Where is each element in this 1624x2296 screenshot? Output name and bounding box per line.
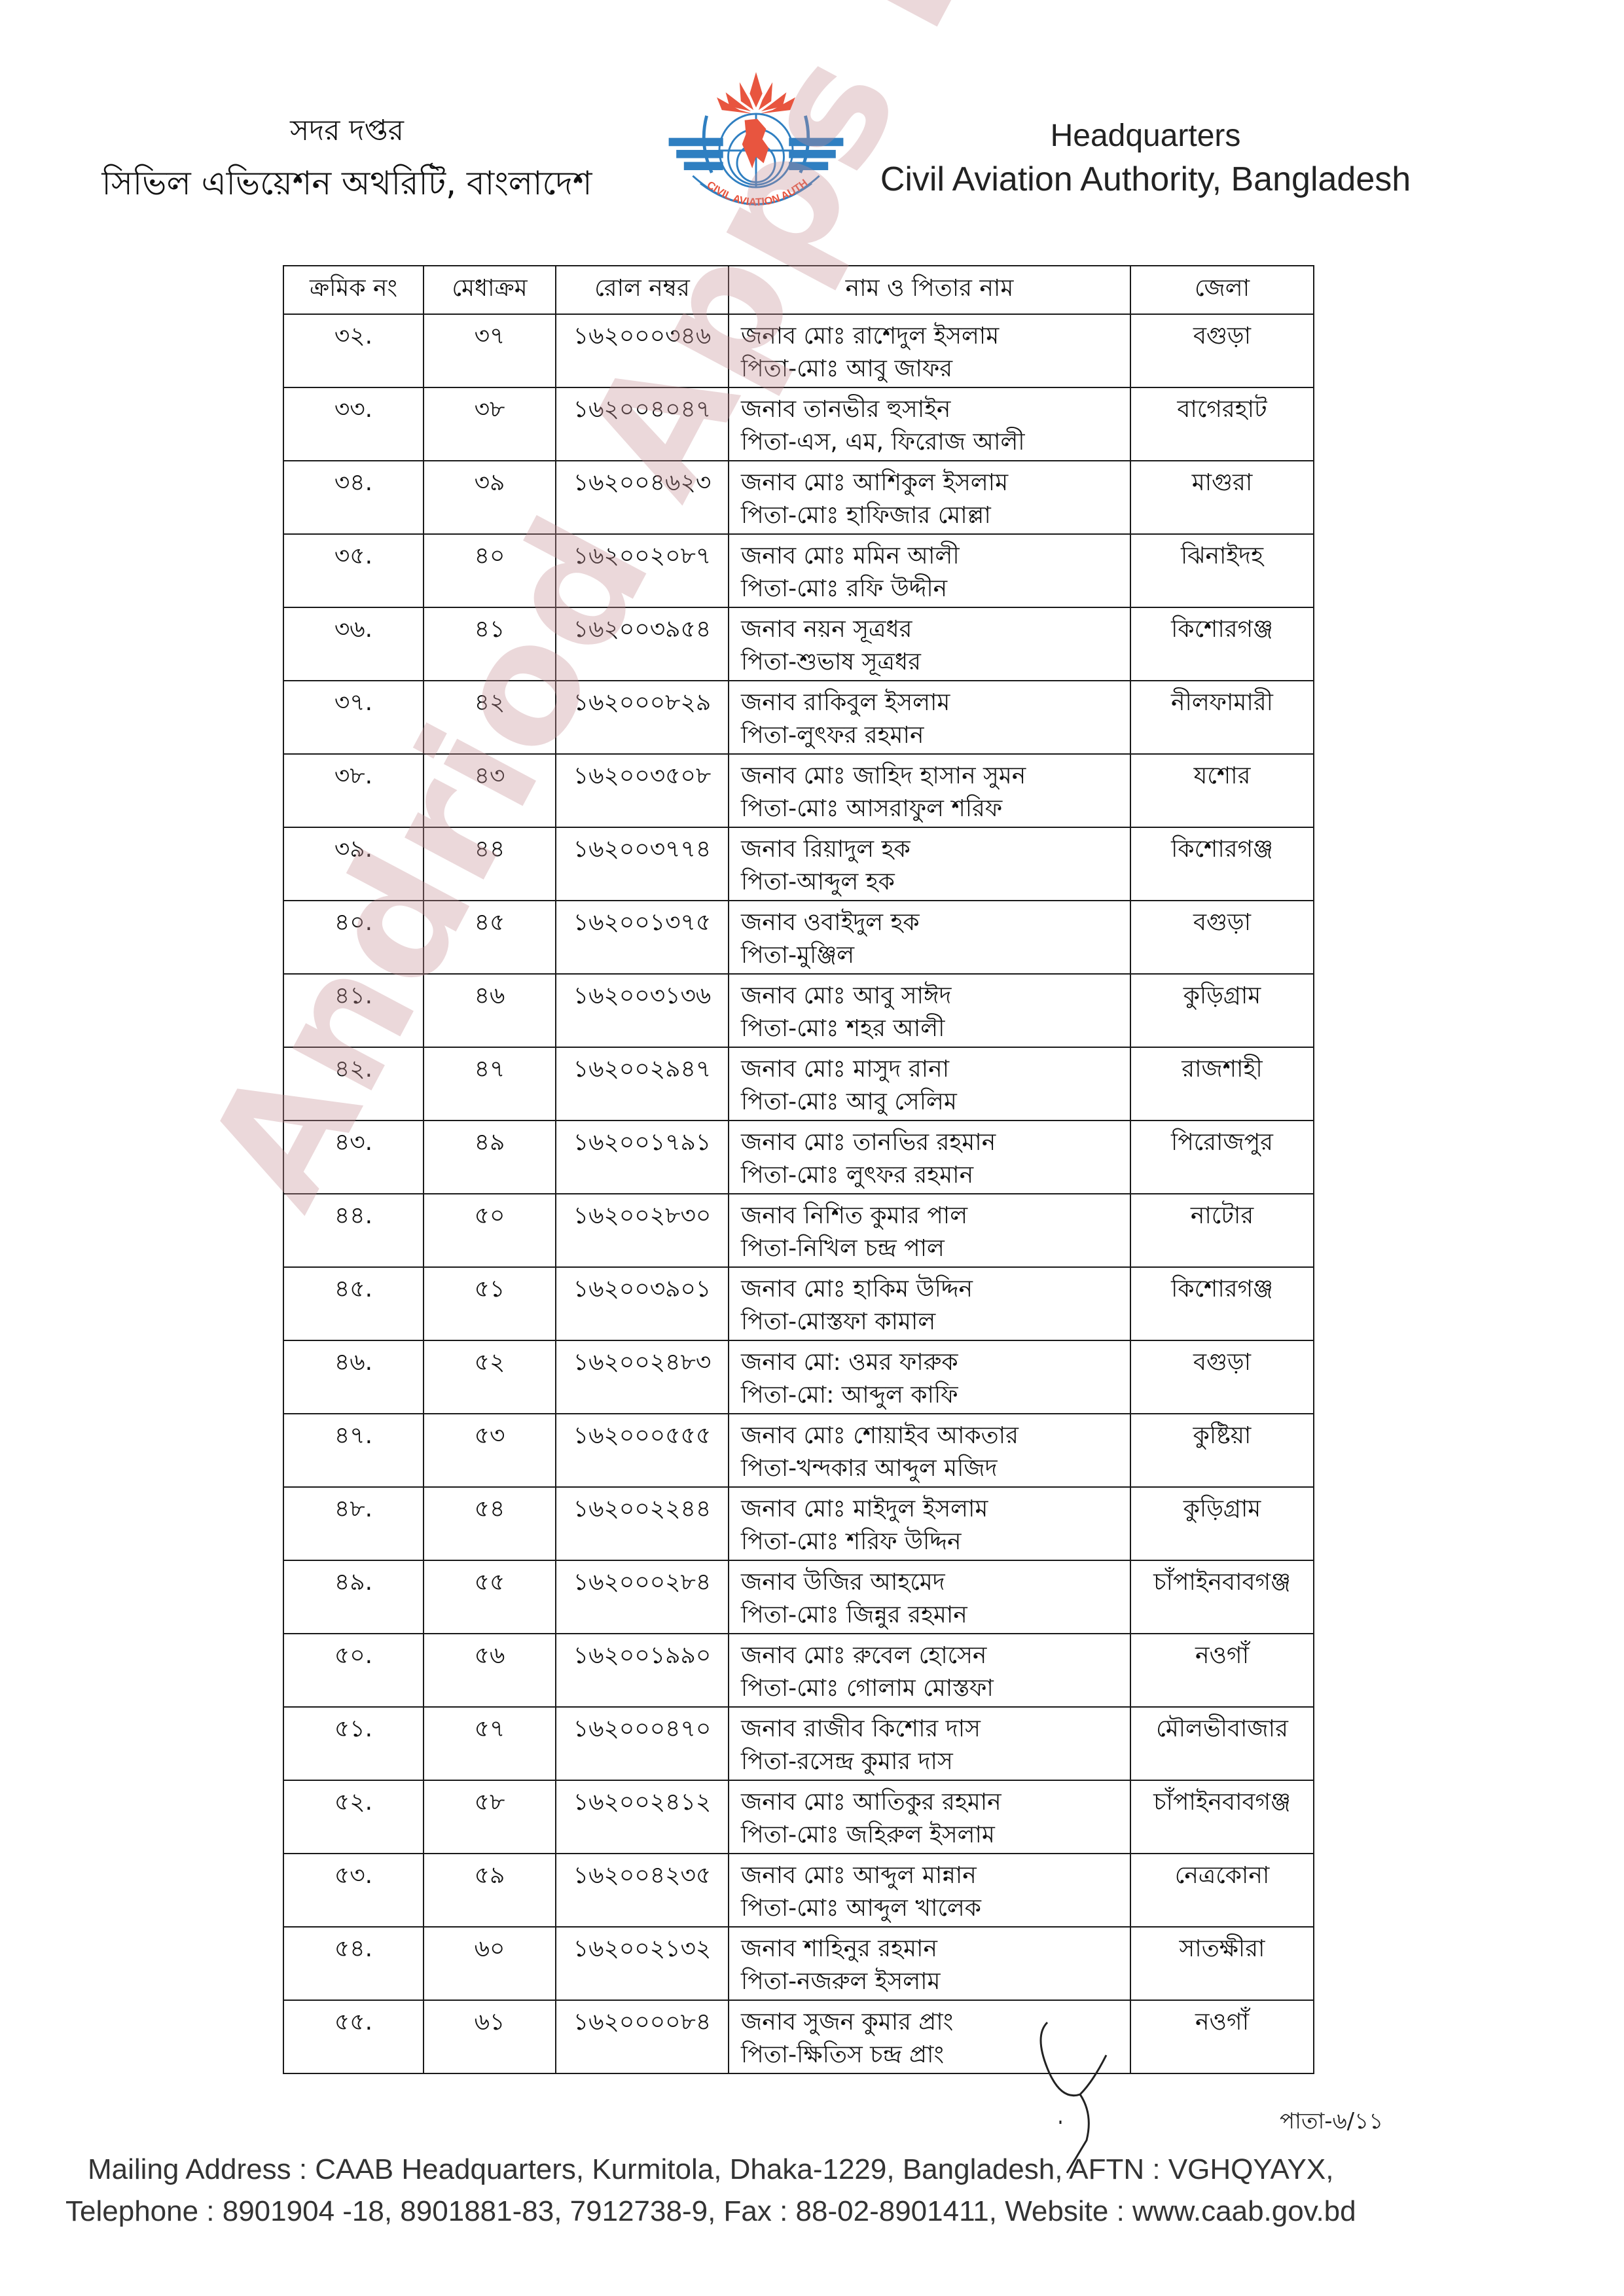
father-name: পিতা-মোঃ জিন্নুর রহমান	[741, 1599, 1130, 1632]
column-header-name: নাম ও পিতার নাম	[729, 266, 1130, 314]
cell-district: নীলফামারী	[1130, 681, 1314, 754]
office-name-bangla: সদর দপ্তর	[72, 111, 622, 151]
letterhead-bangla: সদর দপ্তর সিভিল এভিয়েশন অথরিটি, বাংলাদে…	[72, 111, 622, 207]
cell-serial: ৫০.	[283, 1634, 424, 1707]
candidate-name: জনাব তানভীর হুসাইন	[741, 393, 1130, 426]
cell-roll: ১৬২০০৩৯৫৪	[556, 607, 729, 681]
cell-roll: ১৬২০০৪২৩৫	[556, 1854, 729, 1927]
cell-roll: ১৬২০০১৭৯১	[556, 1121, 729, 1194]
cell-serial: ৪৫.	[283, 1267, 424, 1340]
cell-serial: ৩৭.	[283, 681, 424, 754]
table-row: ৩৪.৩৯১৬২০০৪৬২৩জনাব মোঃ আশিকুল ইসলামপিতা-…	[283, 461, 1314, 534]
candidate-name: জনাব মোঃ আবু সাঈদ	[741, 980, 1130, 1013]
father-name: পিতা-এস, এম, ফিরোজ আলী	[741, 426, 1130, 459]
father-name: পিতা-আব্দুল হক	[741, 866, 1130, 899]
table-row: ৪৬.৫২১৬২০০২৪৮৩জনাব মো: ওমর ফারুকপিতা-মো:…	[283, 1340, 1314, 1414]
father-name: পিতা-মোঃ শরিফ উদ্দিন	[741, 1526, 1130, 1558]
column-header-roll: রোল নম্বর	[556, 266, 729, 314]
cell-name: জনাব নয়ন সূত্রধরপিতা-শুভাষ সূত্রধর	[729, 607, 1130, 681]
cell-name: জনাব মোঃ তানভির রহমানপিতা-মোঃ লুৎফর রহমা…	[729, 1121, 1130, 1194]
table-row: ৫৩.৫৯১৬২০০৪২৩৫জনাব মোঃ আব্দুল মান্নানপিত…	[283, 1854, 1314, 1927]
table-row: ৪৪.৫০১৬২০০২৮৩০জনাব নিশিত কুমার পালপিতা-ন…	[283, 1194, 1314, 1267]
cell-name: জনাব নিশিত কুমার পালপিতা-নিখিল চন্দ্র পা…	[729, 1194, 1130, 1267]
cell-district: বগুড়া	[1130, 901, 1314, 974]
cell-district: বাগেরহাট	[1130, 387, 1314, 461]
cell-district: বগুড়া	[1130, 314, 1314, 387]
father-name: পিতা-লুৎফর রহমান	[741, 719, 1130, 752]
table-row: ৩৮.৪৩১৬২০০৩৫০৮জনাব মোঃ জাহিদ হাসান সুমনপ…	[283, 754, 1314, 827]
cell-merit: ৪০	[424, 534, 556, 607]
column-header-district: জেলা	[1130, 266, 1314, 314]
candidate-name: জনাব ওবাইদুল হক	[741, 906, 1130, 939]
cell-name: জনাব রাজীব কিশোর দাসপিতা-রসেন্দ্র কুমার …	[729, 1707, 1130, 1780]
cell-roll: ১৬২০০০২৮৪	[556, 1560, 729, 1634]
cell-roll: ১৬২০০০৩৪৬	[556, 314, 729, 387]
cell-name: জনাব তানভীর হুসাইনপিতা-এস, এম, ফিরোজ আলী	[729, 387, 1130, 461]
cell-serial: ৪০.	[283, 901, 424, 974]
cell-name: জনাব রিয়াদুল হকপিতা-আব্দুল হক	[729, 827, 1130, 901]
candidate-name: জনাব মোঃ আব্দুল মান্নান	[741, 1859, 1130, 1892]
candidate-name: জনাব মোঃ হাকিম উদ্দিন	[741, 1273, 1130, 1306]
cell-serial: ৩২.	[283, 314, 424, 387]
father-name: পিতা-মোঃ লুৎফর রহমান	[741, 1159, 1130, 1192]
authority-name-bangla: সিভিল এভিয়েশন অথরিটি, বাংলাদেশ	[72, 160, 622, 207]
table-row: ৩৭.৪২১৬২০০০৮২৯জনাব রাকিবুল ইসলামপিতা-লুৎ…	[283, 681, 1314, 754]
candidate-name: জনাব মো: ওমর ফারুক	[741, 1346, 1130, 1379]
father-name: পিতা-খন্দকার আব্দুল মজিদ	[741, 1452, 1130, 1485]
cell-serial: ৩৯.	[283, 827, 424, 901]
table-row: ৩৯.৪৪১৬২০০৩৭৭৪জনাব রিয়াদুল হকপিতা-আব্দু…	[283, 827, 1314, 901]
cell-name: জনাব মোঃ আব্দুল মান্নানপিতা-মোঃ আব্দুল খ…	[729, 1854, 1130, 1927]
cell-merit: ৫২	[424, 1340, 556, 1414]
table-row: ৩২.৩৭১৬২০০০৩৪৬জনাব মোঃ রাশেদুল ইসলামপিতা…	[283, 314, 1314, 387]
cell-serial: ৪৮.	[283, 1487, 424, 1560]
cell-merit: ৩৭	[424, 314, 556, 387]
candidate-name: জনাব মোঃ তানভির রহমান	[741, 1126, 1130, 1159]
candidate-name: জনাব নয়ন সূত্রধর	[741, 613, 1130, 646]
cell-district: কুষ্টিয়া	[1130, 1414, 1314, 1487]
cell-merit: ৩৯	[424, 461, 556, 534]
column-header-merit: মেধাক্রম	[424, 266, 556, 314]
table-row: ৪১.৪৬১৬২০০৩১৩৬জনাব মোঃ আবু সাঈদপিতা-মোঃ …	[283, 974, 1314, 1047]
cell-roll: ১৬২০০৩৯০১	[556, 1267, 729, 1340]
cell-serial: ৪২.	[283, 1047, 424, 1121]
cell-roll: ১৬২০০০০৮৪	[556, 2000, 729, 2073]
cell-district: কিশোরগঞ্জ	[1130, 607, 1314, 681]
father-name: পিতা-নজরুল ইসলাম	[741, 1965, 1130, 1998]
table-row: ৪৫.৫১১৬২০০৩৯০১জনাব মোঃ হাকিম উদ্দিনপিতা-…	[283, 1267, 1314, 1340]
candidate-name: জনাব রিয়াদুল হক	[741, 833, 1130, 866]
candidate-name: জনাব মোঃ আতিকুর রহমান	[741, 1786, 1130, 1819]
table-row: ৫০.৫৬১৬২০০১৯৯০জনাব মোঃ রুবেল হোসেনপিতা-ম…	[283, 1634, 1314, 1707]
cell-district: নওগাঁ	[1130, 2000, 1314, 2073]
cell-serial: ৩৮.	[283, 754, 424, 827]
father-name: পিতা-মোঃ রফি উদ্দীন	[741, 573, 1130, 605]
table-row: ৩৩.৩৮১৬২০০৪০৪৭জনাব তানভীর হুসাইনপিতা-এস,…	[283, 387, 1314, 461]
cell-name: জনাব উজির আহমেদপিতা-মোঃ জিন্নুর রহমান	[729, 1560, 1130, 1634]
cell-serial: ৫৩.	[283, 1854, 424, 1927]
father-name: পিতা-মোঃ গোলাম মোস্তফা	[741, 1672, 1130, 1705]
cell-name: জনাব মোঃ মাইদুল ইসলামপিতা-মোঃ শরিফ উদ্দি…	[729, 1487, 1130, 1560]
cell-district: নাটোর	[1130, 1194, 1314, 1267]
candidate-name: জনাব মোঃ শোয়াইব আকতার	[741, 1420, 1130, 1452]
column-header-serial: ক্রমিক নং	[283, 266, 424, 314]
cell-roll: ১৬২০০৩৭৭৪	[556, 827, 729, 901]
cell-name: জনাব মোঃ রাশেদুল ইসলামপিতা-মোঃ আবু জাফর	[729, 314, 1130, 387]
cell-district: কুড়িগ্রাম	[1130, 1487, 1314, 1560]
candidate-name: জনাব মোঃ রুবেল হোসেন	[741, 1640, 1130, 1672]
cell-merit: ৫১	[424, 1267, 556, 1340]
cell-name: জনাব মোঃ আশিকুল ইসলামপিতা-মোঃ হাফিজার মো…	[729, 461, 1130, 534]
cell-merit: ৪৫	[424, 901, 556, 974]
cell-roll: ১৬২০০২৪১২	[556, 1780, 729, 1854]
cell-roll: ১৬২০০২০৮৭	[556, 534, 729, 607]
cell-district: চাঁপাইনবাবগঞ্জ	[1130, 1560, 1314, 1634]
cell-serial: ৪৪.	[283, 1194, 424, 1267]
table-row: ৪৩.৪৯১৬২০০১৭৯১জনাব মোঃ তানভির রহমানপিতা-…	[283, 1121, 1314, 1194]
candidate-name: জনাব নিশিত কুমার পাল	[741, 1200, 1130, 1232]
cell-name: জনাব শাহিনুর রহমানপিতা-নজরুল ইসলাম	[729, 1927, 1130, 2000]
office-name-english: Headquarters	[864, 117, 1427, 156]
father-name: পিতা-মোঃ জহিরুল ইসলাম	[741, 1819, 1130, 1852]
cell-name: জনাব ওবাইদুল হকপিতা-মুঞ্জিল	[729, 901, 1130, 974]
table-row: ৫৫.৬১১৬২০০০০৮৪জনাব সুজন কুমার প্রাংপিতা-…	[283, 2000, 1314, 2073]
cell-serial: ৩৩.	[283, 387, 424, 461]
cell-merit: ৩৮	[424, 387, 556, 461]
cell-district: সাতক্ষীরা	[1130, 1927, 1314, 2000]
cell-merit: ৫৮	[424, 1780, 556, 1854]
cell-roll: ১৬২০০২৮৩০	[556, 1194, 729, 1267]
cell-merit: ৫৪	[424, 1487, 556, 1560]
cell-name: জনাব মোঃ মমিন আলীপিতা-মোঃ রফি উদ্দীন	[729, 534, 1130, 607]
cell-merit: ৫০	[424, 1194, 556, 1267]
cell-serial: ৩৫.	[283, 534, 424, 607]
cell-district: চাঁপাইনবাবগঞ্জ	[1130, 1780, 1314, 1854]
letterhead: সদর দপ্তর সিভিল এভিয়েশন অথরিটি, বাংলাদে…	[0, 0, 1624, 249]
candidate-name: জনাব মোঃ রাশেদুল ইসলাম	[741, 320, 1130, 353]
cell-roll: ১৬২০০০৪৭০	[556, 1707, 729, 1780]
cell-merit: ৫৩	[424, 1414, 556, 1487]
table-row: ৫৪.৬০১৬২০০২১৩২জনাব শাহিনুর রহমানপিতা-নজর…	[283, 1927, 1314, 2000]
cell-serial: ৪৩.	[283, 1121, 424, 1194]
candidate-name: জনাব শাহিনুর রহমান	[741, 1933, 1130, 1965]
cell-merit: ৫৭	[424, 1707, 556, 1780]
authority-name-english: Civil Aviation Authority, Bangladesh	[864, 158, 1427, 200]
father-name: পিতা-শুভাষ সূত্রধর	[741, 646, 1130, 679]
table-row: ৫২.৫৮১৬২০০২৪১২জনাব মোঃ আতিকুর রহমানপিতা-…	[283, 1780, 1314, 1854]
cell-serial: ৪৯.	[283, 1560, 424, 1634]
candidate-name: জনাব মোঃ আশিকুল ইসলাম	[741, 467, 1130, 499]
cell-merit: ৪৪	[424, 827, 556, 901]
cell-district: মাগুরা	[1130, 461, 1314, 534]
cell-merit: ৪৯	[424, 1121, 556, 1194]
cell-name: জনাব মোঃ জাহিদ হাসান সুমনপিতা-মোঃ আসরাফু…	[729, 754, 1130, 827]
cell-roll: ১৬২০০৩৫০৮	[556, 754, 729, 827]
cell-serial: ৫২.	[283, 1780, 424, 1854]
cell-roll: ১৬২০০২৯৪৭	[556, 1047, 729, 1121]
cell-serial: ৪৭.	[283, 1414, 424, 1487]
cell-merit: ৫৯	[424, 1854, 556, 1927]
cell-roll: ১৬২০০৪৬২৩	[556, 461, 729, 534]
cell-merit: ৪৩	[424, 754, 556, 827]
table-row: ৪২.৪৭১৬২০০২৯৪৭জনাব মোঃ মাসুদ রানাপিতা-মো…	[283, 1047, 1314, 1121]
table-body: ৩২.৩৭১৬২০০০৩৪৬জনাব মোঃ রাশেদুল ইসলামপিতা…	[283, 314, 1314, 2073]
father-name: পিতা-মোঃ হাফিজার মোল্লা	[741, 499, 1130, 532]
father-name: পিতা-মোঃ আসরাফুল শরিফ	[741, 793, 1130, 825]
table-row: ৪৮.৫৪১৬২০০২২৪৪জনাব মোঃ মাইদুল ইসলামপিতা-…	[283, 1487, 1314, 1560]
cell-name: জনাব মোঃ হাকিম উদ্দিনপিতা-মোস্তফা কামাল	[729, 1267, 1130, 1340]
father-name: পিতা-রসেন্দ্র কুমার দাস	[741, 1746, 1130, 1778]
cell-district: নওগাঁ	[1130, 1634, 1314, 1707]
cell-serial: ৪৬.	[283, 1340, 424, 1414]
cell-roll: ১৬২০০২১৩২	[556, 1927, 729, 2000]
cell-name: জনাব মোঃ আবু সাঈদপিতা-মোঃ শহর আলী	[729, 974, 1130, 1047]
cell-district: কুড়িগ্রাম	[1130, 974, 1314, 1047]
table-row: ৪৯.৫৫১৬২০০০২৮৪জনাব উজির আহমেদপিতা-মোঃ জি…	[283, 1560, 1314, 1634]
cell-roll: ১৬২০০০৮২৯	[556, 681, 729, 754]
cell-merit: ৫৫	[424, 1560, 556, 1634]
caab-logo-icon: CIVIL AVIATION AUTHORITY	[661, 65, 851, 236]
father-name: পিতা-মোঃ আবু সেলিম	[741, 1086, 1130, 1119]
cell-name: জনাব মোঃ শোয়াইব আকতারপিতা-খন্দকার আব্দু…	[729, 1414, 1130, 1487]
table-row: ৩৬.৪১১৬২০০৩৯৫৪জনাব নয়ন সূত্রধরপিতা-শুভা…	[283, 607, 1314, 681]
cell-roll: ১৬২০০১৯৯০	[556, 1634, 729, 1707]
cell-serial: ৫১.	[283, 1707, 424, 1780]
cell-roll: ১৬২০০২৪৮৩	[556, 1340, 729, 1414]
cell-district: নেত্রকোনা	[1130, 1854, 1314, 1927]
table-row: ৫১.৫৭১৬২০০০৪৭০জনাব রাজীব কিশোর দাসপিতা-র…	[283, 1707, 1314, 1780]
cell-roll: ১৬২০০১৩৭৫	[556, 901, 729, 974]
cell-serial: ৫৪.	[283, 1927, 424, 2000]
cell-merit: ৬১	[424, 2000, 556, 2073]
cell-merit: ৪৭	[424, 1047, 556, 1121]
candidate-name: জনাব উজির আহমেদ	[741, 1566, 1130, 1599]
cell-merit: ৪৬	[424, 974, 556, 1047]
cell-merit: ৪২	[424, 681, 556, 754]
cell-roll: ১৬২০০২২৪৪	[556, 1487, 729, 1560]
table-row: ৪০.৪৫১৬২০০১৩৭৫জনাব ওবাইদুল হকপিতা-মুঞ্জি…	[283, 901, 1314, 974]
cell-serial: ৩৪.	[283, 461, 424, 534]
father-name: পিতা-মোঃ শহর আলী	[741, 1013, 1130, 1045]
page-number: পাতা-৬/১১	[1280, 2104, 1383, 2142]
cell-name: জনাব মোঃ আতিকুর রহমানপিতা-মোঃ জহিরুল ইসল…	[729, 1780, 1130, 1854]
letterhead-english: Headquarters Civil Aviation Authority, B…	[864, 117, 1427, 200]
cell-district: বগুড়া	[1130, 1340, 1314, 1414]
cell-roll: ১৬২০০৩১৩৬	[556, 974, 729, 1047]
cell-roll: ১৬২০০০৫৫৫	[556, 1414, 729, 1487]
candidate-name: জনাব মোঃ জাহিদ হাসান সুমন	[741, 760, 1130, 793]
table-row: ৩৫.৪০১৬২০০২০৮৭জনাব মোঃ মমিন আলীপিতা-মোঃ …	[283, 534, 1314, 607]
cell-district: পিরোজপুর	[1130, 1121, 1314, 1194]
cell-merit: ৫৬	[424, 1634, 556, 1707]
father-name: পিতা-নিখিল চন্দ্র পাল	[741, 1232, 1130, 1265]
cell-serial: ৫৫.	[283, 2000, 424, 2073]
cell-district: ঝিনাইদহ	[1130, 534, 1314, 607]
father-name: পিতা-মোঃ আব্দুল খালেক	[741, 1892, 1130, 1925]
candidate-name: জনাব রাকিবুল ইসলাম	[741, 687, 1130, 719]
table-row: ৪৭.৫৩১৬২০০০৫৫৫জনাব মোঃ শোয়াইব আকতারপিতা…	[283, 1414, 1314, 1487]
merit-list-table: ক্রমিক নং মেধাক্রম রোল নম্বর নাম ও পিতার…	[283, 265, 1314, 2074]
cell-name: জনাব রাকিবুল ইসলামপিতা-লুৎফর রহমান	[729, 681, 1130, 754]
father-name: পিতা-মোস্তফা কামাল	[741, 1306, 1130, 1338]
cell-district: যশোর	[1130, 754, 1314, 827]
candidate-name: জনাব মোঃ মাসুদ রানা	[741, 1053, 1130, 1086]
cell-merit: ৪১	[424, 607, 556, 681]
cell-merit: ৬০	[424, 1927, 556, 2000]
footer-telephone-website: Telephone : 8901904 -18, 8901881-83, 791…	[65, 2195, 1356, 2228]
cell-district: মৌলভীবাজার	[1130, 1707, 1314, 1780]
cell-name: জনাব মোঃ রুবেল হোসেনপিতা-মোঃ গোলাম মোস্ত…	[729, 1634, 1130, 1707]
father-name: পিতা-মুঞ্জিল	[741, 939, 1130, 972]
footer-mailing-address: Mailing Address : CAAB Headquarters, Kur…	[88, 2153, 1333, 2186]
father-name: পিতা-মো: আব্দুল কাফি	[741, 1379, 1130, 1412]
cell-serial: ৪১.	[283, 974, 424, 1047]
cell-district: কিশোরগঞ্জ	[1130, 1267, 1314, 1340]
candidate-name: জনাব রাজীব কিশোর দাস	[741, 1713, 1130, 1746]
cell-district: রাজশাহী	[1130, 1047, 1314, 1121]
candidate-name: জনাব মোঃ মাইদুল ইসলাম	[741, 1493, 1130, 1526]
cell-roll: ১৬২০০৪০৪৭	[556, 387, 729, 461]
father-name: পিতা-মোঃ আবু জাফর	[741, 353, 1130, 386]
cell-name: জনাব মোঃ মাসুদ রানাপিতা-মোঃ আবু সেলিম	[729, 1047, 1130, 1121]
cell-name: জনাব মো: ওমর ফারুকপিতা-মো: আব্দুল কাফি	[729, 1340, 1130, 1414]
candidate-name: জনাব মোঃ মমিন আলী	[741, 540, 1130, 573]
cell-serial: ৩৬.	[283, 607, 424, 681]
cell-district: কিশোরগঞ্জ	[1130, 827, 1314, 901]
table-header-row: ক্রমিক নং মেধাক্রম রোল নম্বর নাম ও পিতার…	[283, 266, 1314, 314]
